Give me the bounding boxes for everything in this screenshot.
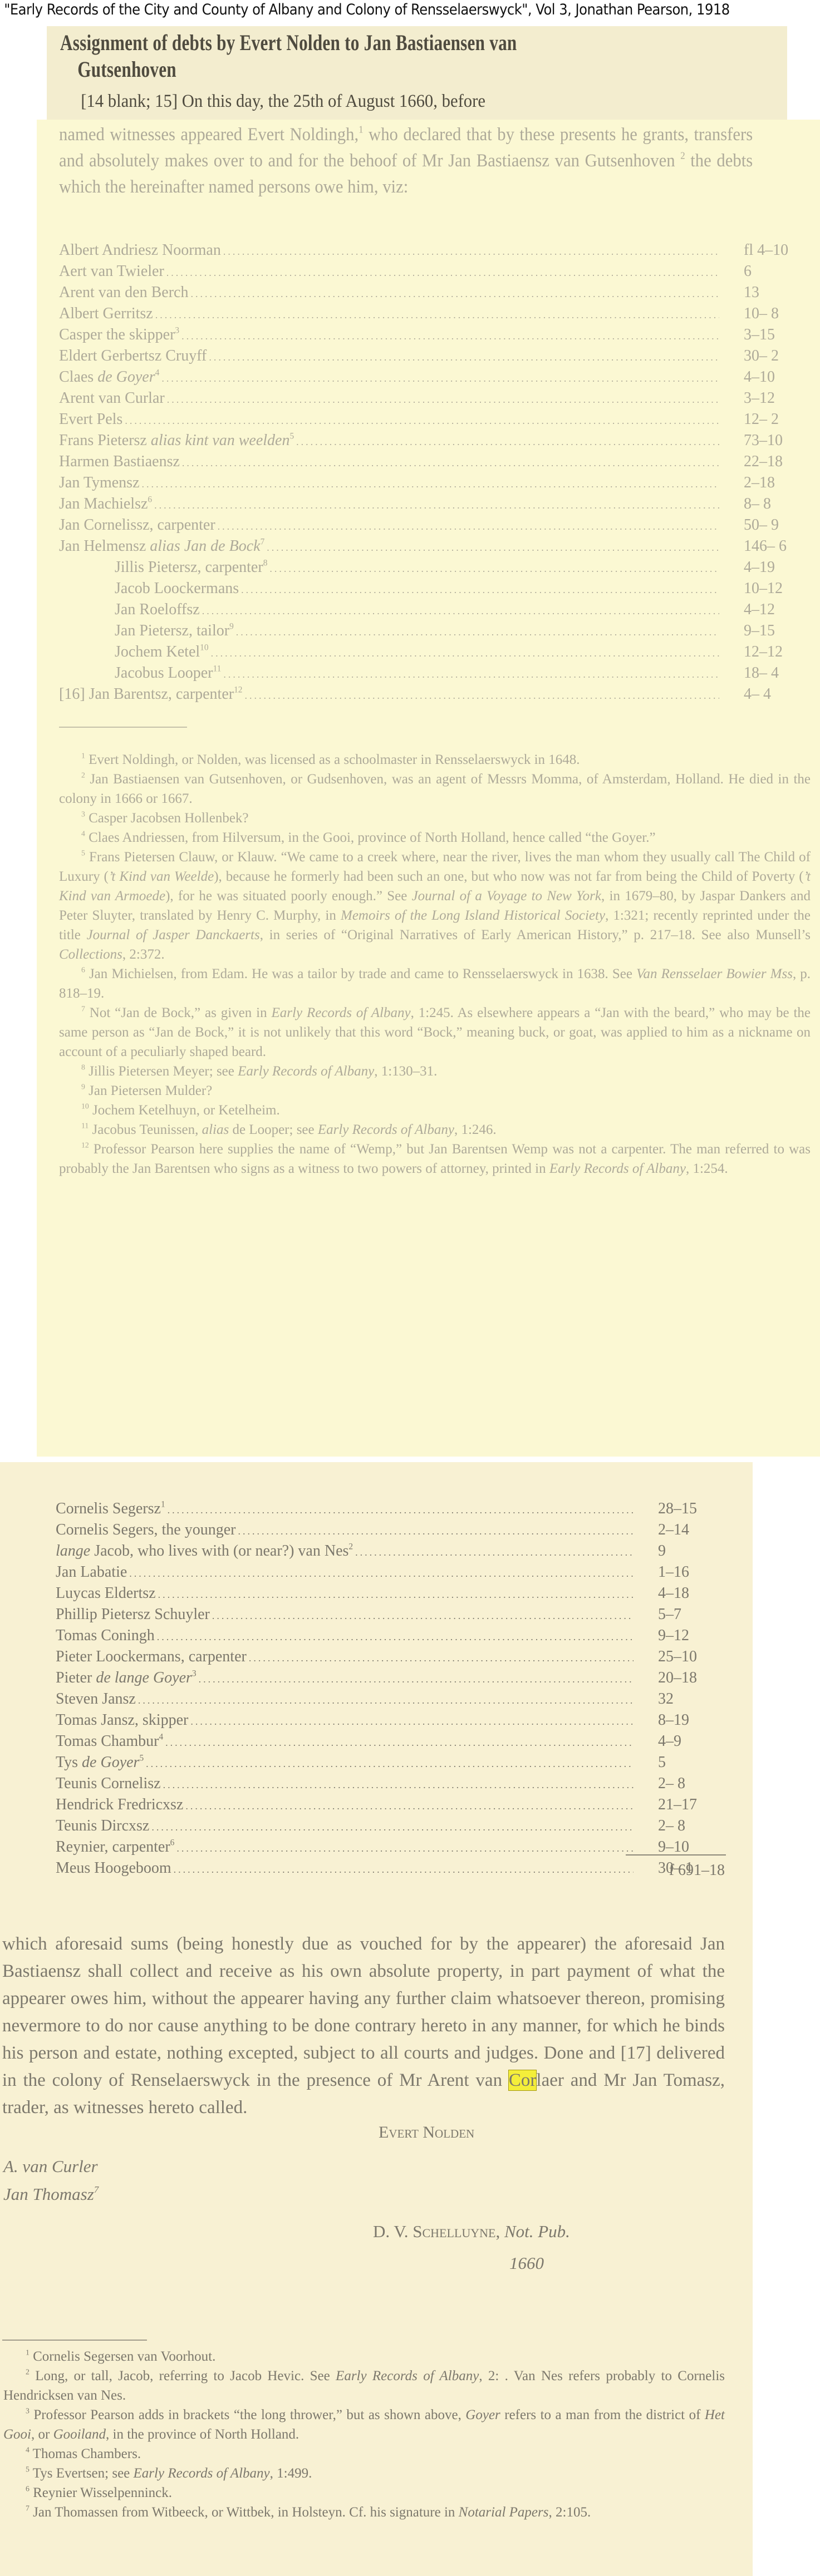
footnote-ref: 3 (192, 1669, 197, 1678)
leader-dots (236, 622, 719, 642)
footnote: 7 Jan Thomassen from Witbeeck, or Wittbe… (3, 2503, 725, 2522)
debt-row: Jan Labatie1–16 (56, 1562, 725, 1583)
debt-row: Casper the skipper33–15 (59, 325, 811, 346)
leader-dots (218, 516, 719, 536)
debt-row: Jan Roeloffsz4–12 (59, 600, 811, 621)
leader-dots (185, 1796, 634, 1816)
leader-dots (167, 389, 719, 409)
debt-amount: 6 (721, 261, 811, 282)
document-title: "Early Records of the City and County of… (0, 1, 742, 24)
leader-dots (241, 580, 719, 600)
debt-row: Phillip Pietersz Schuyler5–7 (56, 1605, 725, 1626)
leader-dots (181, 326, 719, 346)
debt-amount: 2–18 (721, 473, 811, 493)
section-heading: Assignment of debts by Evert Nolden to J… (60, 29, 773, 83)
debt-amount: 4– 4 (721, 684, 811, 704)
debt-row: Reynier, carpenter69–10 (56, 1837, 725, 1858)
debtor-name: Tomas Jansz, skipper (56, 1710, 188, 1730)
debt-amount: 8– 8 (721, 494, 811, 514)
debt-amount: 3–12 (721, 388, 811, 408)
leader-dots (142, 474, 720, 494)
footnote-number: 6 (26, 2485, 30, 2493)
debtor-name: Jan Cornelissz, carpenter (59, 515, 215, 535)
witness-signature-jan-thomasz: Jan Thomasz7 (3, 2184, 99, 2204)
debt-row: Arent van Curlar3–12 (59, 388, 811, 409)
leader-dots (158, 1585, 634, 1605)
leader-dots (296, 432, 719, 452)
footnote-number: 3 (81, 810, 85, 818)
debt-row: Jacob Loockermans10–12 (59, 579, 811, 600)
debtor-name: Luycas Eldertsz (56, 1583, 156, 1603)
debtor-name: Evert Pels (59, 409, 122, 430)
debtor-name: Teunis Cornelisz (56, 1774, 161, 1794)
debtor-name: Albert Andriesz Noorman (59, 240, 221, 260)
leader-dots (125, 411, 719, 431)
leader-dots (146, 1754, 634, 1774)
debt-row: Albert Andriesz Noormanfl 4–10 (59, 240, 811, 261)
debtor-name: Eldert Gerbertsz Cruyff (59, 346, 207, 366)
page-scan-middle: named witnesses appeared Evert Noldingh,… (37, 120, 820, 1457)
debt-amount: 32 (636, 1689, 725, 1709)
debt-amount: 18– 4 (721, 663, 811, 683)
leader-dots (155, 305, 719, 325)
leader-dots (267, 537, 719, 557)
debt-row: Luycas Eldertsz4–18 (56, 1583, 725, 1605)
leader-dots (355, 1542, 634, 1562)
footnote-number: 3 (26, 2407, 30, 2415)
leader-dots (174, 1859, 634, 1879)
footnote: 2 Long, or tall, Jacob, referring to Jac… (3, 2366, 725, 2405)
debt-row: Arent van den Berch13 (59, 283, 811, 304)
leader-dots (223, 241, 719, 261)
footnote-divider-2 (2, 2340, 147, 2341)
footnote-number: 9 (81, 1083, 85, 1091)
debt-amount: 25–10 (636, 1647, 725, 1667)
page-scan-top: Assignment of debts by Evert Nolden to J… (47, 26, 787, 120)
witness-signature-van-curler: A. van Curler (3, 2156, 98, 2177)
debtor-name: Reynier, carpenter6 (56, 1837, 174, 1857)
debtor-name: Jan Labatie (56, 1562, 127, 1582)
debtor-name: Tys de Goyer5 (56, 1753, 144, 1773)
leader-dots (154, 495, 719, 515)
debt-row: Jochem Ketel1012–12 (59, 642, 811, 663)
debtor-name: Frans Pietersz alias kint van weelden5 (59, 431, 294, 451)
footnote-number: 10 (81, 1102, 89, 1111)
leader-dots (168, 1500, 634, 1520)
footnote-ref: 7 (261, 537, 265, 546)
debt-row: lange Jacob, who lives with (or near?) v… (56, 1541, 725, 1562)
debt-amount: 4–18 (636, 1583, 725, 1603)
debt-row: Jillis Pietersz, carpenter84–19 (59, 557, 811, 579)
footnote-ref: 12 (234, 685, 242, 694)
leader-dots (176, 1838, 634, 1858)
debtor-name: Jan Helmensz alias Jan de Bock7 (59, 536, 264, 556)
leader-dots (157, 1627, 634, 1647)
debtor-name: Tomas Chambur4 (56, 1731, 163, 1751)
debt-amount: 9–15 (721, 621, 811, 641)
debtor-name: Casper the skipper3 (59, 325, 179, 345)
debt-amount: 1–16 (636, 1562, 725, 1582)
footnote: 10 Jochem Ketelhuyn, or Ketelheim. (59, 1101, 811, 1120)
debt-amount: 5–7 (636, 1605, 725, 1625)
debtor-name: Phillip Pietersz Schuyler (56, 1605, 210, 1625)
debt-amount: 5 (636, 1753, 725, 1773)
debt-row: Jan Machielsz68– 8 (59, 494, 811, 515)
debt-row: Pieter Loockermans, carpenter25–10 (56, 1647, 725, 1668)
leader-dots (269, 559, 719, 579)
footnote: 2 Jan Bastiaensen van Gutsenhoven, or Gu… (59, 769, 811, 808)
footnote-number: 4 (26, 2446, 30, 2454)
footnote-ref: 11 (213, 664, 222, 673)
notary-signature: D. V. Schelluyne, Not. Pub. (373, 2222, 570, 2242)
debt-amount: 10– 8 (721, 304, 811, 324)
footnote-number: 11 (81, 1122, 89, 1130)
debt-row: Frans Pietersz alias kint van weelden573… (59, 431, 811, 452)
debt-amount: 22–18 (721, 452, 811, 472)
footnote-number: 2 (26, 2368, 30, 2376)
debt-amount: 13 (721, 283, 811, 303)
debt-amount: 4–9 (636, 1731, 725, 1751)
debt-row: Pieter de lange Goyer320–18 (56, 1668, 725, 1689)
footnote: 12 Professor Pearson here supplies the n… (59, 1139, 811, 1178)
debt-list-part-1: Albert Andriesz Noormanfl 4–10Aert van T… (59, 240, 811, 705)
leader-dots (238, 1521, 634, 1541)
leader-dots (244, 685, 719, 705)
debt-amount: 50– 9 (721, 515, 811, 535)
debtor-name: Jacobus Looper11 (115, 663, 221, 683)
closing-paragraph: which aforesaid sums (being honestly due… (2, 1931, 725, 2121)
intro-paragraph-continued: named witnesses appeared Evert Noldingh,… (59, 120, 753, 200)
debt-row: Evert Pels12– 2 (59, 409, 811, 431)
debt-row: Jacobus Looper1118– 4 (59, 663, 811, 684)
debtor-name: Jan Pietersz, tailor9 (115, 621, 234, 641)
leader-dots (249, 1648, 634, 1668)
notary-year: 1660 (509, 2253, 544, 2273)
debt-amount: 2– 8 (636, 1774, 725, 1794)
footnote-ref: 6 (148, 495, 152, 504)
debt-row: Jan Cornelissz, carpenter50– 9 (59, 515, 811, 536)
signature-evert-nolden: Evert Nolden (379, 2123, 474, 2142)
debtor-name: Albert Gerritsz (59, 304, 153, 324)
footnote: 6 Reynier Wisselpenninck. (3, 2483, 725, 2503)
debtor-name: Tomas Coningh (56, 1626, 155, 1646)
footnote-number: 4 (81, 830, 85, 838)
footnote-number: 5 (26, 2465, 30, 2474)
debt-row: Steven Jansz32 (56, 1689, 725, 1710)
debt-row: Harmen Bastiaensz22–18 (59, 452, 811, 473)
footnote-ref: 8 (263, 558, 268, 567)
debtor-name: Jochem Ketel10 (115, 642, 209, 662)
heading-line-1: Assignment of debts by Evert Nolden to J… (60, 30, 517, 55)
debtor-name: Jillis Pietersz, carpenter8 (115, 557, 267, 578)
footnote-number: 1 (26, 2348, 30, 2357)
debtor-name: Jacob Loockermans (115, 579, 239, 599)
footnote-ref: 1 (161, 1499, 165, 1509)
debt-row: Tomas Jansz, skipper8–19 (56, 1710, 725, 1731)
debtor-name: Jan Tymensz (59, 473, 140, 493)
debt-amount: 9 (636, 1541, 725, 1561)
footnote-ref: 4 (155, 368, 160, 377)
debt-amount: 3–15 (721, 325, 811, 345)
debt-amount: 73–10 (721, 431, 811, 451)
debt-row: Hendrick Fredricxsz21–17 (56, 1795, 725, 1816)
debt-list-part-2: Cornelis Segersz128–15Cornelis Segers, t… (56, 1499, 725, 1879)
debt-amount: 12–12 (721, 642, 811, 662)
page-marker: [14 blank; 15] (81, 91, 178, 111)
debtor-name: Cornelis Segers, the younger (56, 1520, 236, 1540)
heading-line-2: Gutsenhoven (60, 56, 773, 83)
leader-dots (129, 1563, 634, 1583)
footnote-ref: 5 (289, 431, 294, 441)
footnote-ref: 2 (348, 1542, 353, 1551)
footnote-number: 6 (81, 966, 85, 974)
footnotes-part-2: 1 Cornelis Segersen van Voorhout.2 Long,… (3, 2347, 725, 2522)
debtor-name: Jan Machielsz6 (59, 494, 152, 514)
debt-row: Jan Pietersz, tailor99–15 (59, 621, 811, 642)
debt-row: [16] Jan Barentsz, carpenter124– 4 (59, 684, 811, 705)
debt-amount: 2–14 (636, 1520, 725, 1540)
debt-amount: 20–18 (636, 1668, 725, 1688)
leader-dots (190, 1711, 634, 1731)
debt-amount: 21–17 (636, 1795, 725, 1815)
footnote: 7 Not “Jan de Bock,” as given in Early R… (59, 1003, 811, 1062)
footnote-ref: 9 (229, 621, 234, 631)
leader-dots (163, 1775, 634, 1795)
footnote-divider (59, 727, 187, 728)
debt-row: Tys de Goyer55 (56, 1753, 725, 1774)
footnote-number: 5 (81, 849, 85, 857)
debtor-name: Jan Roeloffsz (115, 600, 200, 620)
page-scan-bottom: Cornelis Segersz128–15Cornelis Segers, t… (0, 1462, 753, 2576)
footnote: 6 Jan Michielsen, from Edam. He was a ta… (59, 964, 811, 1003)
debtor-name: Steven Jansz (56, 1689, 136, 1709)
footnote: 8 Jillis Pietersen Meyer; see Early Reco… (59, 1062, 811, 1081)
footnote-number: 7 (81, 1005, 85, 1013)
debt-row: Jan Tymensz2–18 (59, 473, 811, 494)
debt-amount: 146– 6 (721, 536, 811, 556)
footnote: 5 Frans Pietersen Clauw, or Klauw. “We c… (59, 847, 811, 964)
footnote-ref: 10 (200, 643, 208, 652)
footnote-number: 1 (81, 752, 85, 760)
debtor-name: Arent van Curlar (59, 388, 165, 408)
footnote: 4 Thomas Chambers. (3, 2444, 725, 2464)
debtor-name: Aert van Twieler (59, 261, 164, 282)
footnote-number: 12 (81, 1141, 89, 1149)
footnote-ref: 3 (175, 325, 179, 335)
footnote-ref: 6 (170, 1838, 175, 1847)
footnote-number: 2 (81, 771, 85, 779)
debtor-name: [16] Jan Barentsz, carpenter12 (59, 684, 242, 704)
debtor-name: Pieter Loockermans, carpenter (56, 1647, 247, 1667)
footnote-ref: 5 (139, 1753, 144, 1763)
footnote-number: 7 (26, 2504, 30, 2513)
leader-dots (182, 453, 719, 473)
footnote: 1 Cornelis Segersen van Voorhout. (3, 2347, 725, 2366)
leader-dots (151, 1817, 634, 1837)
debt-total: f 691–18 (612, 1862, 725, 1879)
footnote-ref: 4 (159, 1732, 163, 1741)
leader-dots (202, 601, 719, 621)
debt-amount: 2– 8 (636, 1816, 725, 1836)
debt-row: Aert van Twieler6 (59, 261, 811, 283)
footnote: 4 Claes Andriessen, from Hilversum, in t… (59, 828, 811, 847)
debt-row: Tomas Coningh9–12 (56, 1626, 725, 1647)
debtor-name: Meus Hoogeboom (56, 1858, 171, 1878)
leader-dots (223, 664, 719, 684)
debt-amount: 10–12 (721, 579, 811, 599)
leader-dots (211, 643, 719, 663)
debt-amount: 9–12 (636, 1626, 725, 1646)
search-highlight: Cor (509, 2070, 537, 2090)
footnote: 5 Tys Evertsen; see Early Records of Alb… (3, 2464, 725, 2483)
debtor-name: Hendrick Fredricxsz (56, 1795, 183, 1815)
leader-dots (212, 1606, 634, 1626)
debt-amount: 4–12 (721, 600, 811, 620)
leader-dots (166, 263, 719, 283)
total-rule (626, 1854, 726, 1855)
debt-amount: 4–10 (721, 367, 811, 387)
footnote: 9 Jan Pietersen Mulder? (59, 1081, 811, 1101)
debtor-name: Harmen Bastiaensz (59, 452, 180, 472)
debtor-name: lange Jacob, who lives with (or near?) v… (56, 1541, 353, 1561)
debt-amount: 28–15 (636, 1499, 725, 1519)
debt-row: Jan Helmensz alias Jan de Bock7146– 6 (59, 536, 811, 557)
debtor-name: Cornelis Segersz1 (56, 1499, 165, 1519)
debt-row: Eldert Gerbertsz Cruyff30– 2 (59, 346, 811, 367)
debt-amount: 30– 2 (721, 346, 811, 366)
leader-dots (209, 347, 719, 367)
footnote: 1 Evert Noldingh, or Nolden, was license… (59, 750, 811, 769)
debtor-name: Teunis Dircxsz (56, 1816, 149, 1836)
footnotes-part-1: 1 Evert Noldingh, or Nolden, was license… (59, 750, 811, 1178)
debt-row: Cornelis Segers, the younger2–14 (56, 1520, 725, 1541)
leader-dots (138, 1690, 634, 1710)
debt-row: Tomas Chambur44–9 (56, 1731, 725, 1753)
leader-dots (190, 284, 719, 304)
debt-amount: 4–19 (721, 557, 811, 578)
footnote: 11 Jacobus Teunissen, alias de Looper; s… (59, 1120, 811, 1139)
debtor-name: Arent van den Berch (59, 283, 188, 303)
leader-dots (199, 1669, 634, 1689)
footnote: 3 Casper Jacobsen Hollenbek? (59, 808, 811, 828)
leader-dots (165, 1733, 634, 1753)
debt-row: Cornelis Segersz128–15 (56, 1499, 725, 1520)
debt-row: Teunis Dircxsz2– 8 (56, 1816, 725, 1837)
debt-amount: 8–19 (636, 1710, 725, 1730)
footnote: 3 Professor Pearson adds in brackets “th… (3, 2405, 725, 2444)
footnote-number: 8 (81, 1063, 85, 1072)
debt-amount: 12– 2 (721, 409, 811, 430)
debtor-name: Claes de Goyer4 (59, 367, 159, 387)
debt-row: Teunis Cornelisz2– 8 (56, 1774, 725, 1795)
debtor-name: Pieter de lange Goyer3 (56, 1668, 197, 1688)
leader-dots (161, 368, 719, 388)
debt-amount: fl 4–10 (721, 240, 811, 260)
debt-row: Claes de Goyer44–10 (59, 367, 811, 388)
debt-row: Albert Gerritsz10– 8 (59, 304, 811, 325)
